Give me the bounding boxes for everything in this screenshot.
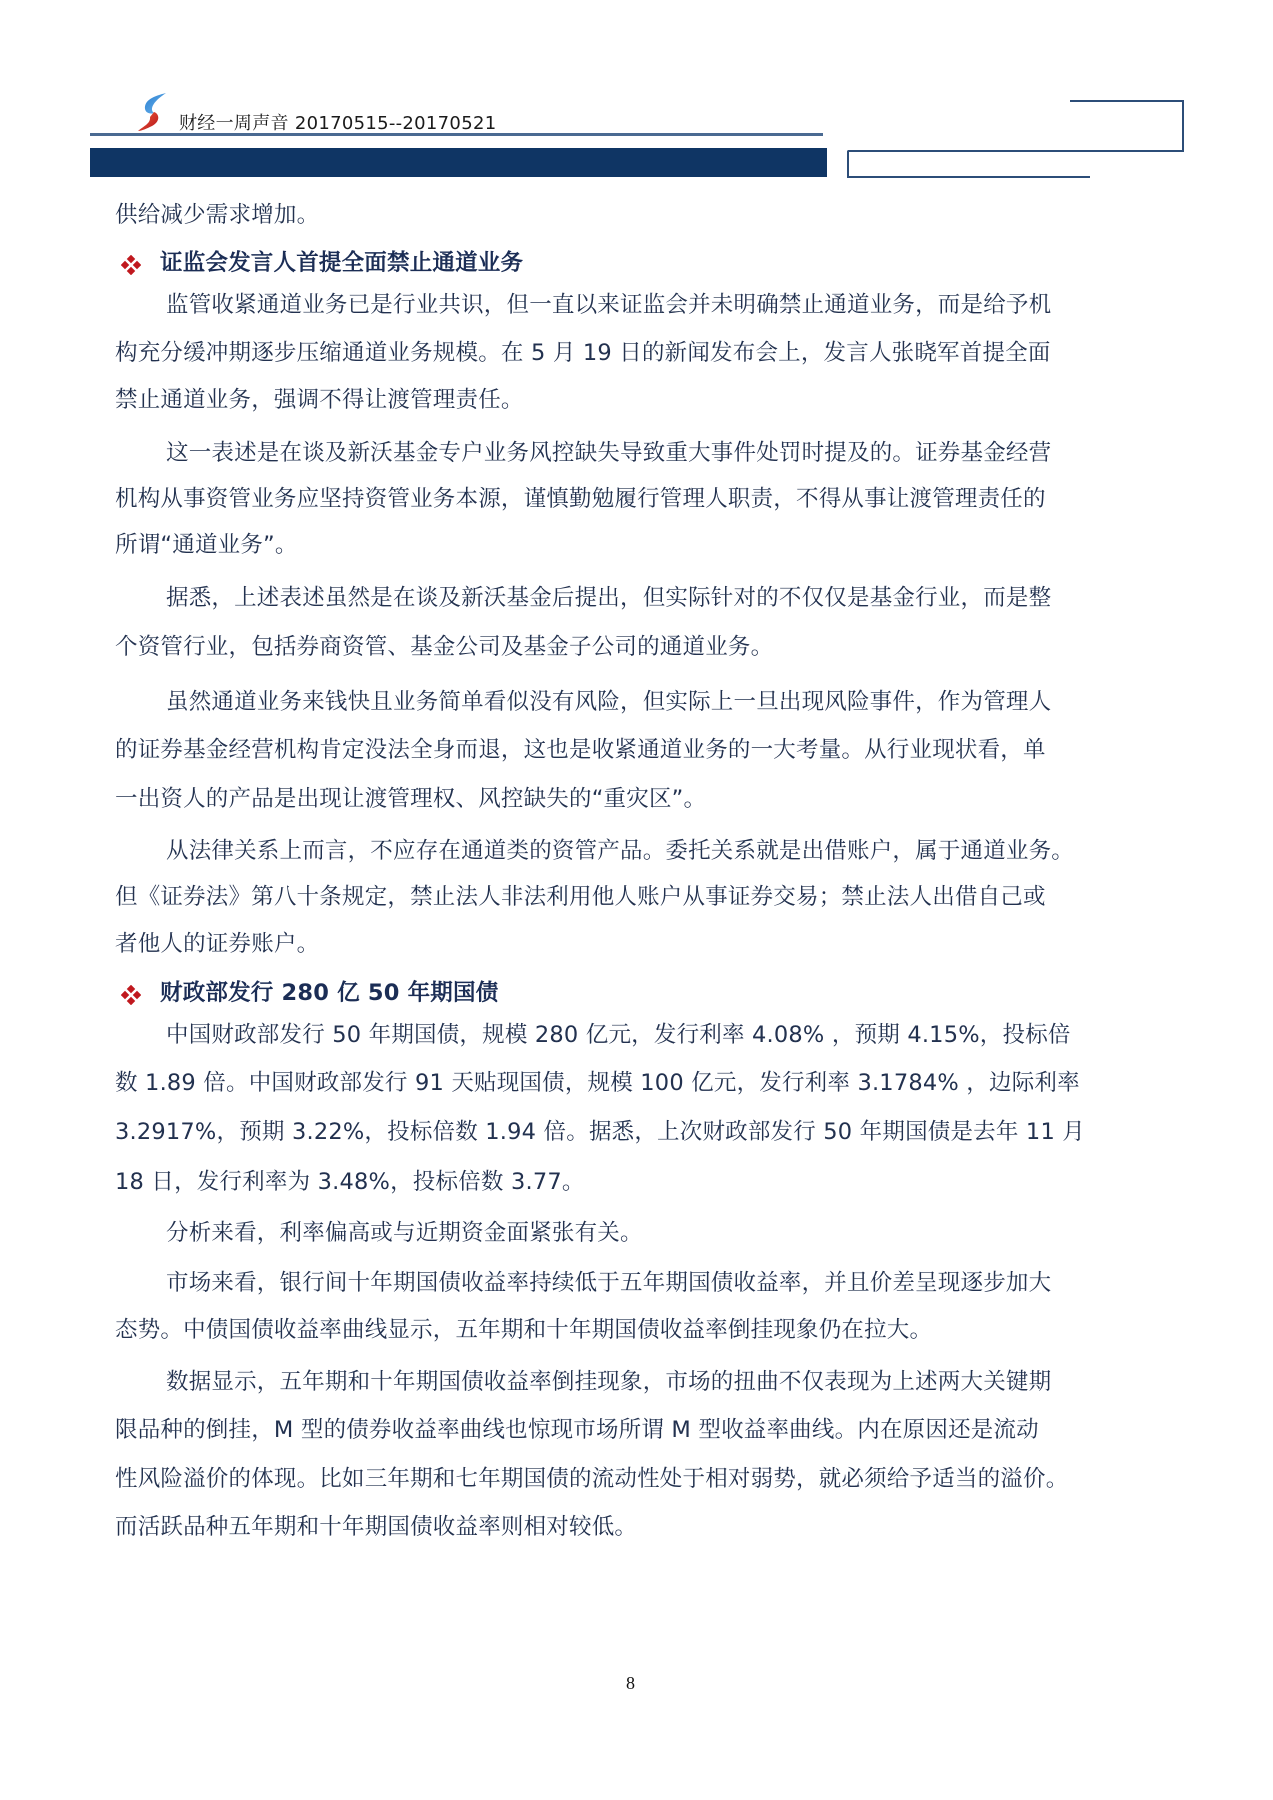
paragraph-line: 这一表述是在谈及新沃基金专户业务风控缺失导致重大事件处罚时提及的。证券基金经营 bbox=[115, 438, 1211, 468]
paragraph-line: 监管收紧通道业务已是行业共识，但一直以来证监会并未明确禁止通道业务，而是给予机 bbox=[115, 290, 1211, 320]
paragraph-line: 虽然通道业务来钱快且业务简单看似没有风险，但实际上一旦出现风险事件，作为管理人 bbox=[115, 687, 1211, 717]
paragraph-line: 所谓“通道业务”。 bbox=[115, 530, 1160, 560]
paragraph-line: 一出资人的产品是出现让渡管理权、风控缺失的“重灾区”。 bbox=[115, 784, 1160, 814]
paragraph-line: 构充分缓冲期逐步压缩通道业务规模。在 5 月 19 日的新闻发布会上，发言人张晓… bbox=[115, 338, 1160, 368]
section-heading-text: 证监会发言人首提全面禁止通道业务 bbox=[160, 248, 523, 278]
paragraph-line: 18 日，发行利率为 3.48%，投标倍数 3.77。 bbox=[115, 1167, 1160, 1197]
paragraph-line: 3.2917%，预期 3.22%，投标倍数 1.94 倍。据悉，上次财政部发行 … bbox=[115, 1117, 1160, 1147]
section-heading-text: 财政部发行 280 亿 50 年期国债 bbox=[160, 978, 498, 1008]
header-bar bbox=[90, 148, 827, 177]
paragraph-line: 数据显示，五年期和十年期国债收益率倒挂现象，市场的扭曲不仅表现为上述两大关键期 bbox=[115, 1367, 1211, 1397]
paragraph-line: 态势。中债国债收益率曲线显示，五年期和十年期国债收益率倒挂现象仍在拉大。 bbox=[115, 1315, 1160, 1345]
diamond-bullet-icon bbox=[121, 253, 141, 273]
paragraph-line: 中国财政部发行 50 年期国债，规模 280 亿元，发行利率 4.08% ，预期… bbox=[115, 1020, 1211, 1050]
paragraph-line: 者他人的证券账户。 bbox=[115, 929, 1160, 959]
paragraph-line: 机构从事资管业务应坚持资管业务本源，谨慎勤勉履行管理人职责，不得从事让渡管理责任… bbox=[115, 484, 1160, 514]
paragraph-line: 但《证券法》第八十条规定，禁止法人非法利用他人账户从事证券交易；禁止法人出借自己… bbox=[115, 882, 1160, 912]
paragraph-line: 供给减少需求增加。 bbox=[115, 200, 1160, 230]
paragraph-line: 禁止通道业务，强调不得让渡管理责任。 bbox=[115, 385, 1160, 415]
brand-s-logo-icon bbox=[136, 92, 168, 132]
header-decoration-bracket bbox=[1070, 100, 1184, 152]
section-heading: 证监会发言人首提全面禁止通道业务 bbox=[115, 248, 1160, 278]
paragraph-line: 从法律关系上而言，不应存在通道类的资管产品。委托关系就是出借账户，属于通道业务。 bbox=[115, 836, 1211, 866]
paragraph-line: 而活跃品种五年期和十年期国债收益率则相对较低。 bbox=[115, 1512, 1160, 1542]
paragraph-line: 的证券基金经营机构肯定没法全身而退，这也是收紧通道业务的一大考量。从行业现状看，… bbox=[115, 735, 1160, 765]
paragraph-line: 限品种的倒挂，M 型的债券收益率曲线也惊现市场所谓 M 型收益率曲线。内在原因还… bbox=[115, 1415, 1160, 1445]
header-decoration-gap bbox=[1090, 172, 1190, 178]
page-number: 8 bbox=[626, 1673, 635, 1694]
paragraph-line: 市场来看，银行间十年期国债收益率持续低于五年期国债收益率，并且价差呈现逐步加大 bbox=[115, 1268, 1211, 1298]
section-heading: 财政部发行 280 亿 50 年期国债 bbox=[115, 978, 1160, 1008]
diamond-bullet-icon bbox=[121, 983, 141, 1003]
paragraph-line: 数 1.89 倍。中国财政部发行 91 天贴现国债，规模 100 亿元，发行利率… bbox=[115, 1068, 1160, 1098]
paragraph-line: 据悉，上述表述虽然是在谈及新沃基金后提出，但实际针对的不仅仅是基金行业，而是整 bbox=[115, 583, 1211, 613]
report-header-title: 财经一周声音 20170515--20170521 bbox=[179, 109, 496, 135]
header-rule bbox=[90, 133, 823, 136]
paragraph-line: 性风险溢价的体现。比如三年期和七年期国债的流动性处于相对弱势，就必须给予适当的溢… bbox=[115, 1464, 1160, 1494]
paragraph-line: 个资管行业，包括券商资管、基金公司及基金子公司的通道业务。 bbox=[115, 632, 1160, 662]
paragraph-line: 分析来看，利率偏高或与近期资金面紧张有关。 bbox=[115, 1218, 1211, 1248]
